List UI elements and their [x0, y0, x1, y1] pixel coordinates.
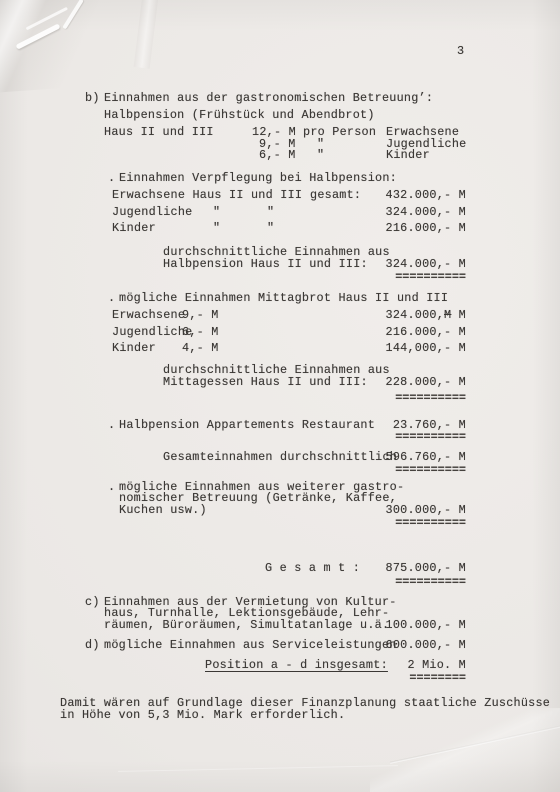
amount-value: 2 Mio. M — [407, 659, 466, 671]
bullet-dot: . — [108, 481, 115, 493]
total-rule: ======== — [409, 672, 466, 684]
verpflegung-row-label: Jugendliche — [112, 206, 192, 218]
grand-total-label: Position a - d insgesamt: — [205, 659, 388, 671]
verpflegung-row-label: Kinder — [112, 222, 156, 234]
rates-scope: Haus II und III — [104, 126, 214, 138]
amount-value: 228.000,- M — [386, 376, 466, 388]
paper-fold-bottom-line — [118, 765, 398, 772]
section-c-line3: räumen, Büroräumen, Simultatanlage u.ä. — [104, 619, 389, 631]
rate-group-children: Kinder — [386, 149, 430, 161]
verpflegung-row-note: gesamt: — [310, 189, 361, 201]
section-b-marker: b) — [85, 92, 100, 104]
weitere-line3: Kuchen usw.) — [119, 504, 207, 516]
bullet-dot: . — [108, 292, 115, 304]
mittagbrot-row-price: 4,- M — [182, 342, 219, 354]
ditto-mark: " — [213, 222, 220, 234]
page-number: 3 — [457, 45, 464, 57]
section-d-text: mögliche Einnahmen aus Serviceleistungen — [104, 639, 397, 651]
total-rule: ========== — [395, 517, 466, 529]
total-rule: ========== — [395, 464, 466, 476]
amount-value: 144,000,- M — [386, 342, 466, 354]
amount-value: 875.000,- M — [386, 562, 466, 574]
ditto-mark: " — [317, 149, 324, 161]
amount-value: 216.000,- M — [386, 222, 466, 234]
amount-value-corrected: 324.000,M M — [386, 309, 467, 321]
amount-part: M — [451, 308, 466, 322]
gesamt-label: G e s a m t : — [265, 562, 360, 574]
ditto-mark: " — [267, 206, 274, 218]
total-rule: ========== — [395, 431, 466, 443]
footer-line2: in Höhe von 5,3 Mio. Mark erforderlich. — [60, 709, 345, 721]
rate-unit: pro Person — [303, 126, 376, 138]
verpflegung-average-line2: Halbpension Haus II und III: — [163, 258, 368, 270]
amount-value: 596.760,- M — [386, 451, 466, 463]
total-rule: ========== — [395, 576, 466, 588]
gesamteinnahmen-label: Gesamteinnahmen durchschnittlich — [163, 451, 397, 463]
ditto-mark: " — [267, 222, 274, 234]
bullet-dot: . — [108, 419, 115, 431]
total-rule: ========== — [395, 392, 466, 404]
amount-value: 324.000,- M — [386, 206, 466, 218]
mittagbrot-title: mögliche Einnahmen Mittagbrot Haus II un… — [119, 292, 448, 304]
amount-value: 100.000,- M — [386, 619, 466, 631]
appartements-title: Halbpension Appartements Restaurant — [119, 419, 375, 431]
section-c-marker: c) — [85, 596, 100, 608]
amount-value: 216.000,- M — [386, 326, 466, 338]
section-d-marker: d) — [85, 639, 100, 651]
bullet-dot: . — [108, 172, 115, 184]
document-page: 3 b) Einnahmen aus der gastronomischen B… — [0, 0, 560, 792]
paper-fold-bottom-right-shade — [370, 708, 560, 792]
amount-part: 324.000, — [386, 308, 445, 322]
mittagbrot-average-line2: Mittagessen Haus II und III: — [163, 376, 368, 388]
amount-value: 432.000,- M — [386, 189, 466, 201]
mittagbrot-row-price: 6,- M — [182, 326, 219, 338]
mittagbrot-row-label: Kinder — [112, 342, 156, 354]
rate-price-children: 6,- M — [259, 149, 296, 161]
verpflegung-row-label: Erwachsene Haus II und III — [112, 189, 302, 201]
mittagbrot-row-label: Erwachsene — [112, 309, 185, 321]
section-b-subtitle: Halbpension (Frühstück und Abendbrot) — [104, 109, 375, 121]
total-rule: ========== — [395, 271, 466, 283]
verpflegung-title: Einnahmen Verpflegung bei Halbpension: — [119, 172, 397, 184]
amount-value: 300.000,- M — [386, 504, 466, 516]
amount-value: 600.000,- M — [386, 639, 466, 651]
section-b-title: Einnahmen aus der gastronomischen Betreu… — [104, 92, 433, 104]
paper-crease-top — [134, 0, 159, 69]
amount-value: 324.000,- M — [386, 258, 466, 270]
mittagbrot-row-label: Jugendliche — [112, 326, 192, 338]
mittagbrot-row-price: 9,- M — [182, 309, 219, 321]
ditto-mark: " — [213, 206, 220, 218]
